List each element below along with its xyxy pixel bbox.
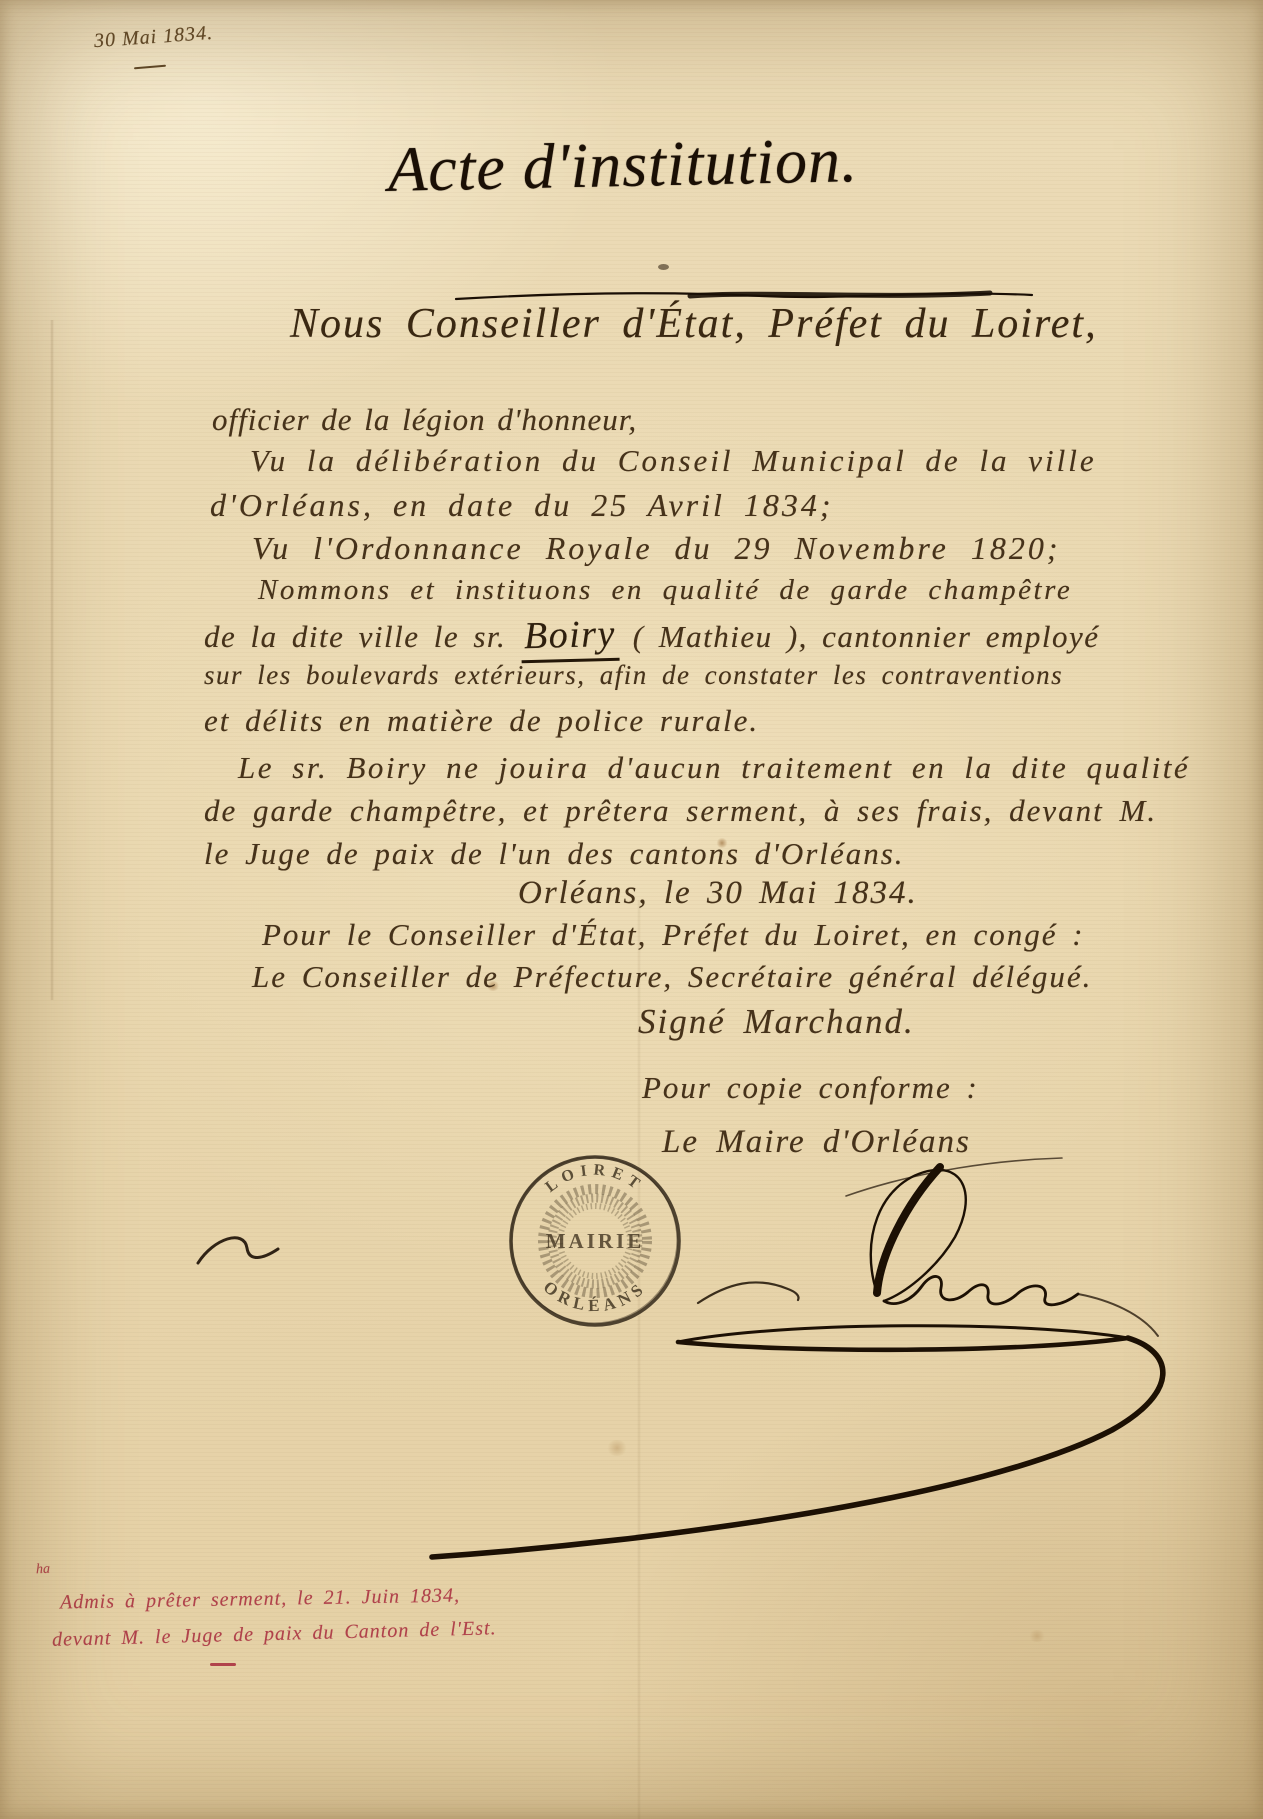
body-line-5: Vu l'Ordonnance Royale du 29 Novembre 18… xyxy=(252,530,1061,567)
stamp-text-orleans: ORLÉANS xyxy=(540,1277,651,1315)
red-note-underline xyxy=(210,1663,236,1666)
svg-text:LOIRET: LOIRET xyxy=(542,1162,647,1196)
body-line-10: Le sr. Boiry ne jouira d'aucun traitemen… xyxy=(238,750,1190,786)
ink-blot xyxy=(658,264,669,270)
manuscript-page: 30 Mai 1834. Acte d'institution. Nous Co… xyxy=(0,0,1263,1819)
signed-marchand-line: Signé Marchand. xyxy=(638,1002,915,1042)
line7-suffix: ( Mathieu ), cantonnier employé xyxy=(618,619,1099,654)
paper-crease-left xyxy=(50,320,54,1000)
closing-line-1: Pour le Conseiller d'État, Préfet du Loi… xyxy=(262,917,1085,953)
svg-text:ORLÉANS: ORLÉANS xyxy=(540,1277,651,1315)
copy-certification-line: Pour copie conforme : xyxy=(642,1070,979,1106)
corner-note-underline xyxy=(134,65,166,70)
foxing-spot xyxy=(606,1440,628,1456)
mayor-title-line: Le Maire d'Orléans xyxy=(662,1124,971,1162)
foxing-spot xyxy=(1028,1630,1046,1642)
document-title: Acte d'institution. xyxy=(387,123,858,206)
mairie-orleans-stamp: LOIRET ORLÉANS MAIRIE xyxy=(506,1150,684,1332)
stamp-text-loiret: LOIRET xyxy=(542,1162,647,1196)
body-line-2: officier de la légion d'honneur, xyxy=(212,402,637,438)
body-line-3: Vu la délibération du Conseil Municipal … xyxy=(250,443,1097,479)
red-note-line-2: devant M. le Juge de paix du Canton de l… xyxy=(52,1617,497,1652)
body-line-6: Nommons et instituons en qualité de gard… xyxy=(258,574,1072,607)
appointee-name-boiry: Boiry xyxy=(520,613,619,663)
body-line-8: sur les boulevards extérieurs, afin de c… xyxy=(204,660,1063,691)
body-line-11: de garde champêtre, et prêtera serment, … xyxy=(204,793,1157,829)
dateline-orleans: Orléans, le 30 Mai 1834. xyxy=(518,875,918,913)
body-line-12: le Juge de paix de l'un des cantons d'Or… xyxy=(204,836,905,872)
body-line-9: et délits en matière de police rurale. xyxy=(204,703,759,739)
stamp-text-mairie: MAIRIE xyxy=(546,1229,645,1253)
red-margin-mark: ha xyxy=(36,1562,51,1578)
line7-prefix: de la dite ville le sr. xyxy=(204,619,521,654)
red-note-line-1: Admis à prêter serment, le 21. Juin 1834… xyxy=(60,1585,460,1615)
body-line-1: Nous Conseiller d'État, Préfet du Loiret… xyxy=(290,300,1098,348)
body-line-7: de la dite ville le sr. Boiry ( Mathieu … xyxy=(204,614,1100,662)
body-line-4: d'Orléans, en date du 25 Avril 1834; xyxy=(210,487,834,524)
closing-line-2: Le Conseiller de Préfecture, Secrétaire … xyxy=(252,959,1092,995)
corner-date-note: 30 Mai 1834. xyxy=(93,22,214,53)
